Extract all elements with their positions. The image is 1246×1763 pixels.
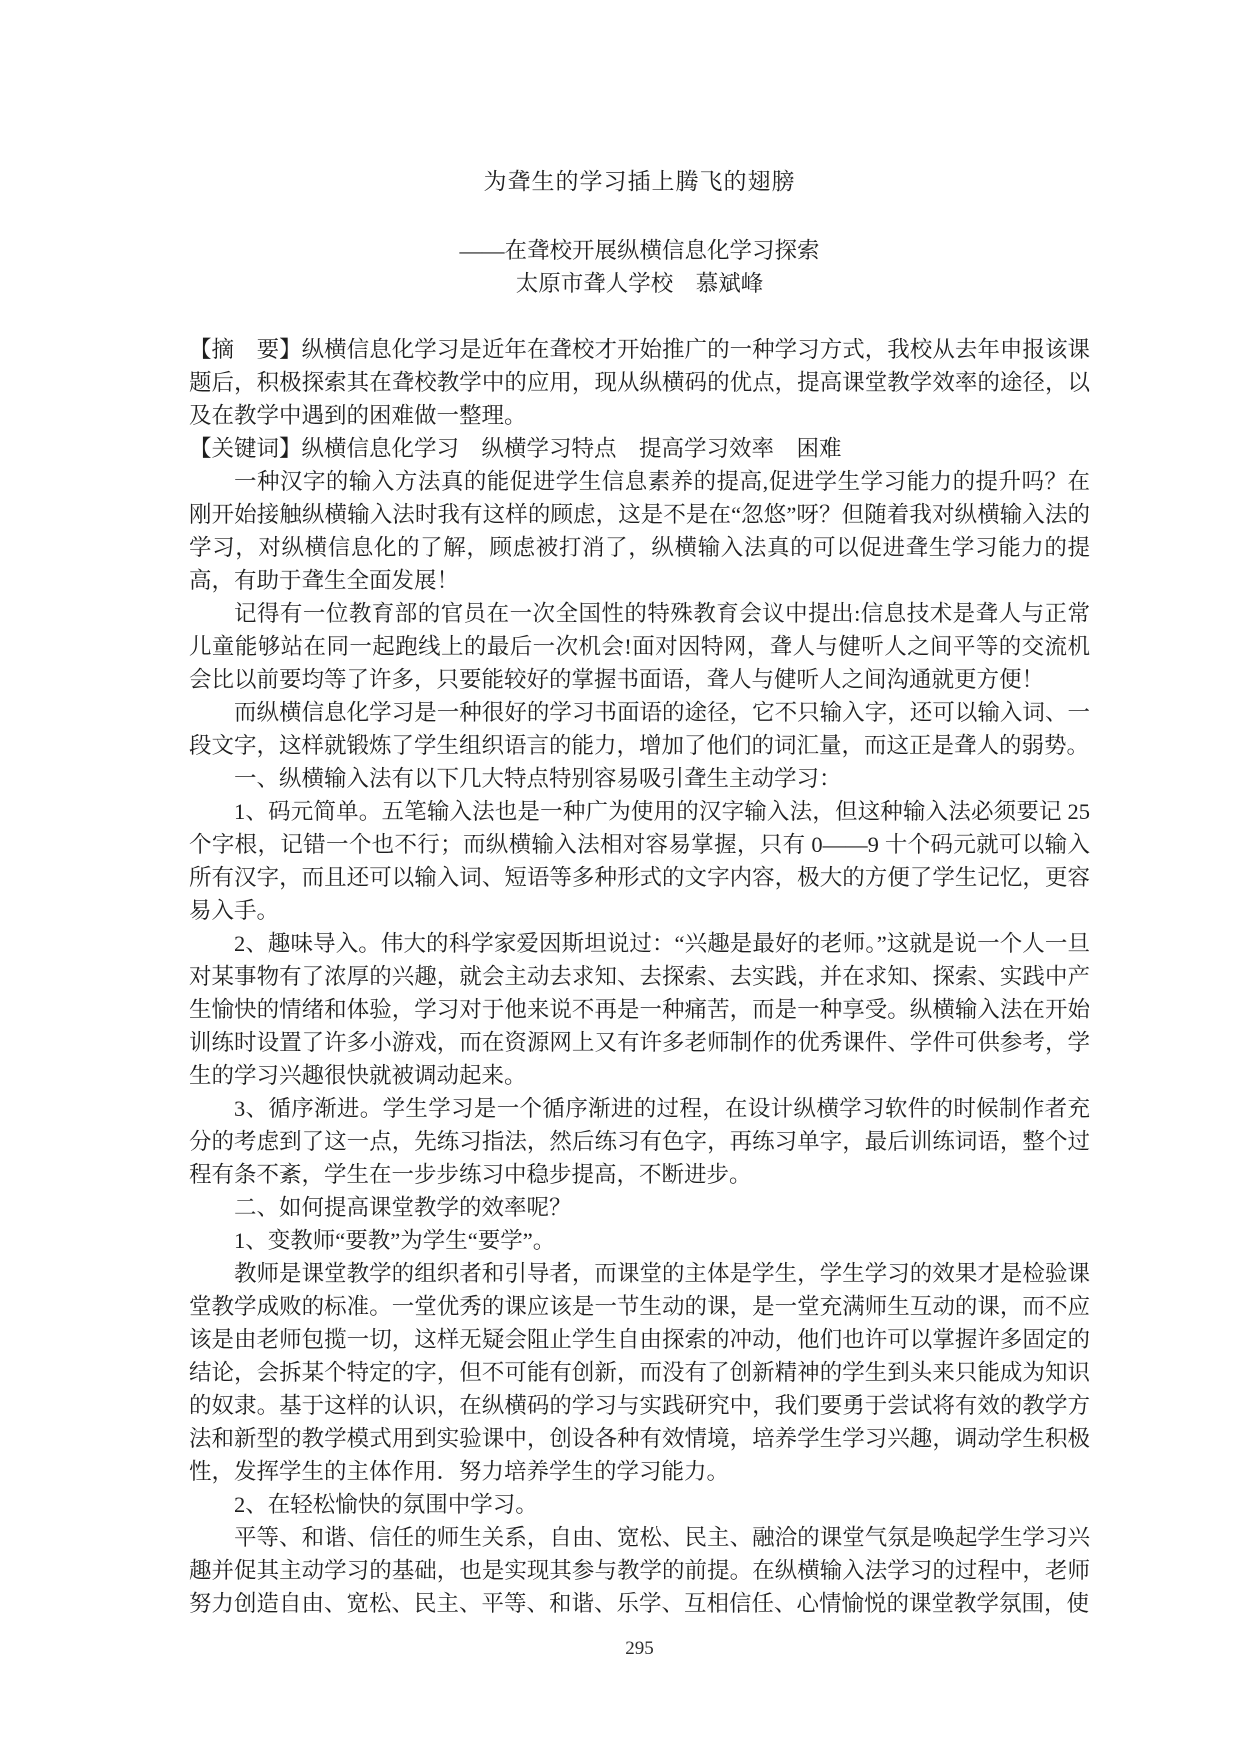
page-title: 为聋生的学习插上腾飞的翅膀: [189, 165, 1090, 198]
document-body: 【摘 要】纵横信息化学习是近年在聋校才开始推广的一种学习方式，我校从去年申报该课…: [189, 333, 1090, 1620]
sub-heading: 1、变教师“要教”为学生“要学”。: [189, 1224, 1090, 1257]
paragraph: 2、趣味导入。伟大的科学家爱因斯坦说过：“兴趣是最好的老师。”这就是说一个人一旦…: [189, 927, 1090, 1092]
paragraph: 一种汉字的输入方法真的能促进学生信息素养的提高,促进学生学习能力的提升吗？在刚开…: [189, 465, 1090, 597]
subtitle: ——在聋校开展纵横信息化学习探索: [189, 234, 1090, 267]
sub-heading: 2、在轻松愉快的氛围中学习。: [189, 1488, 1090, 1521]
document-page: 为聋生的学习插上腾飞的翅膀 ——在聋校开展纵横信息化学习探索 太原市聋人学校 慕…: [0, 0, 1246, 1763]
paragraph: 3、循序渐进。学生学习是一个循序渐进的过程，在设计纵横学习软件的时候制作者充分的…: [189, 1092, 1090, 1191]
paragraph: 而纵横信息化学习是一种很好的学习书面语的途径，它不只输入字，还可以输入词、一段文…: [189, 696, 1090, 762]
paragraph-abstract: 【摘 要】纵横信息化学习是近年在聋校才开始推广的一种学习方式，我校从去年申报该课…: [189, 333, 1090, 432]
paragraph: 平等、和谐、信任的师生关系，自由、宽松、民主、融洽的课堂气氛是唤起学生学习兴趣并…: [189, 1521, 1090, 1620]
paragraph: 教师是课堂教学的组织者和引导者，而课堂的主体是学生，学生学习的效果才是检验课堂教…: [189, 1257, 1090, 1488]
paragraph: 1、码元简单。五笔输入法也是一种广为使用的汉字输入法，但这种输入法必须要记 25…: [189, 795, 1090, 927]
paragraph: 记得有一位教育部的官员在一次全国性的特殊教育会议中提出:信息技术是聋人与正常儿童…: [189, 597, 1090, 696]
paragraph-keywords: 【关键词】纵横信息化学习 纵横学习特点 提高学习效率 困难: [189, 432, 1090, 465]
section-heading: 二、如何提高课堂教学的效率呢？: [189, 1191, 1090, 1224]
page-number: 295: [189, 1638, 1090, 1660]
author-line: 太原市聋人学校 慕斌峰: [189, 267, 1090, 300]
section-heading: 一、纵横输入法有以下几大特点特别容易吸引聋生主动学习：: [189, 762, 1090, 795]
